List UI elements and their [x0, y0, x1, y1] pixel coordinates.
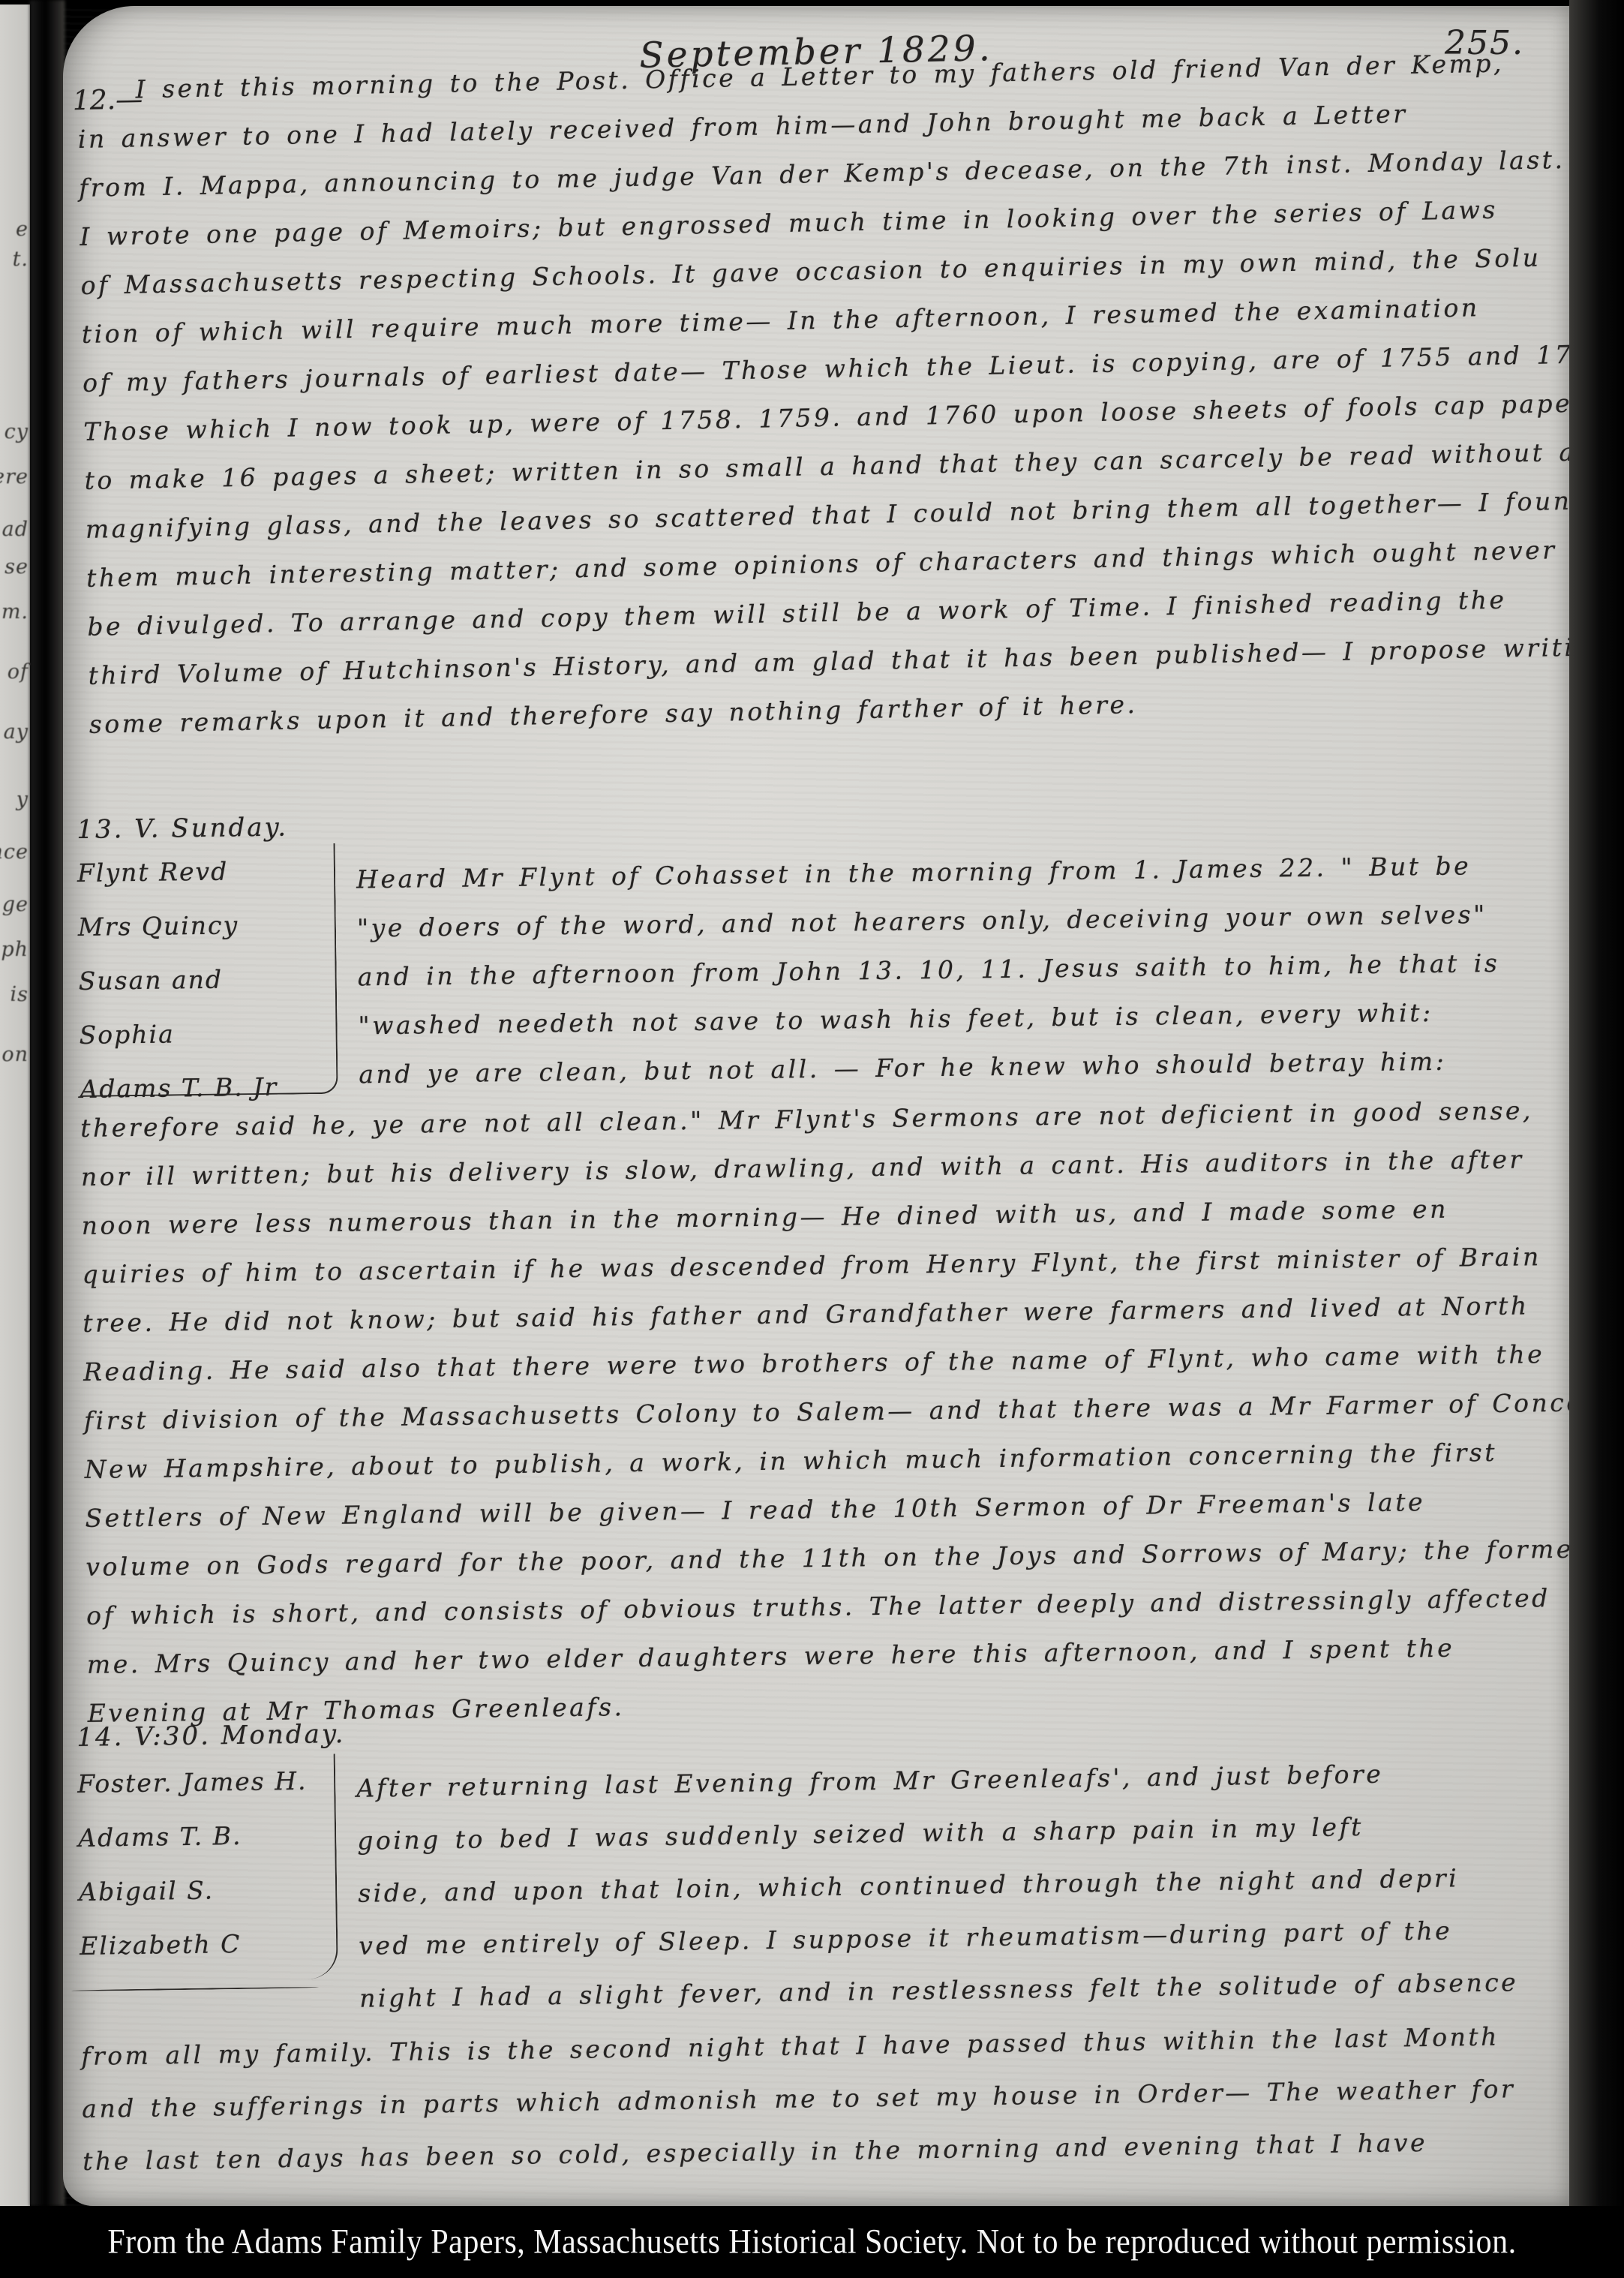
edge-text-fragment: se	[5, 555, 29, 579]
entry-text-full-width: therefore said he, ye are not all clean.…	[80, 1086, 1569, 1738]
margin-name: Elizabeth C	[80, 1916, 328, 1973]
edge-text-fragment: ge	[2, 893, 29, 916]
entry-text-indented: Heard Mr Flynt of Cohasset in the mornin…	[356, 840, 1562, 1099]
entry-text-full-width: from all my family. This is the second n…	[81, 2009, 1565, 2188]
edge-text-fragment: m.	[2, 600, 29, 624]
edge-text-fragment: y	[17, 788, 29, 811]
diary-entry-september-14: 14. V:30. Monday. Foster. James H. Adams…	[77, 1697, 1565, 2188]
margin-underline	[71, 1987, 319, 1992]
margin-name: Abigail S.	[79, 1862, 327, 1919]
margin-name: Mrs Quincy	[77, 897, 326, 954]
edge-text-fragment: on	[2, 1043, 29, 1066]
edge-text-fragment: t.	[13, 248, 29, 271]
facing-page-edge: e t. cy were ad se m. of ay y nce ge ph …	[0, 5, 30, 2206]
margin-name: Foster. James H.	[77, 1754, 326, 1811]
edge-text-fragment: is	[11, 983, 29, 1006]
margin-name-list: Flynt Revd Mrs Quincy Susan and Sophia A…	[77, 843, 338, 1097]
book-gutter-shadow	[30, 0, 65, 2206]
edge-text-fragment: ph	[1, 938, 29, 961]
credit-footer: From the Adams Family Papers, Massachuse…	[0, 2206, 1624, 2278]
edge-text-fragment: ay	[4, 720, 29, 744]
margin-name: Susan and Sophia	[78, 951, 327, 1062]
edge-text-fragment: e	[16, 218, 29, 241]
margin-name-list: Foster. James H. Adams T. B. Abigail S. …	[77, 1754, 338, 1982]
edge-text-fragment: of	[8, 660, 29, 684]
entry-text-indented: After returning last Evening from Mr Gre…	[356, 1745, 1562, 2024]
entry-date: 13. V. Sunday.	[77, 792, 1558, 849]
edge-text-fragment: were	[0, 465, 29, 488]
manuscript-scan: e t. cy were ad se m. of ay y nce ge ph …	[0, 0, 1624, 2278]
edge-text-fragment: ad	[2, 518, 29, 541]
diary-entry-september-13: 13. V. Sunday. Flynt Revd Mrs Quincy Sus…	[77, 792, 1569, 1738]
diary-page: September 1829. 255. 12.— I sent this mo…	[63, 6, 1569, 2206]
margin-name: Adams T. B.	[78, 1808, 326, 1865]
edge-text-fragment: nce	[0, 840, 29, 864]
margin-name: Adams T. B. Jr	[80, 1059, 328, 1116]
entry-date: 12.—	[73, 84, 143, 116]
margin-name: Flynt Revd	[77, 843, 326, 900]
credit-text: From the Adams Family Papers, Massachuse…	[107, 2222, 1516, 2262]
edge-text-fragment: cy	[5, 420, 29, 443]
page-right-edge-shadow	[1569, 0, 1624, 2206]
diary-entry-september-12: 12.— I sent this morning to the Post. Of…	[77, 38, 1571, 749]
